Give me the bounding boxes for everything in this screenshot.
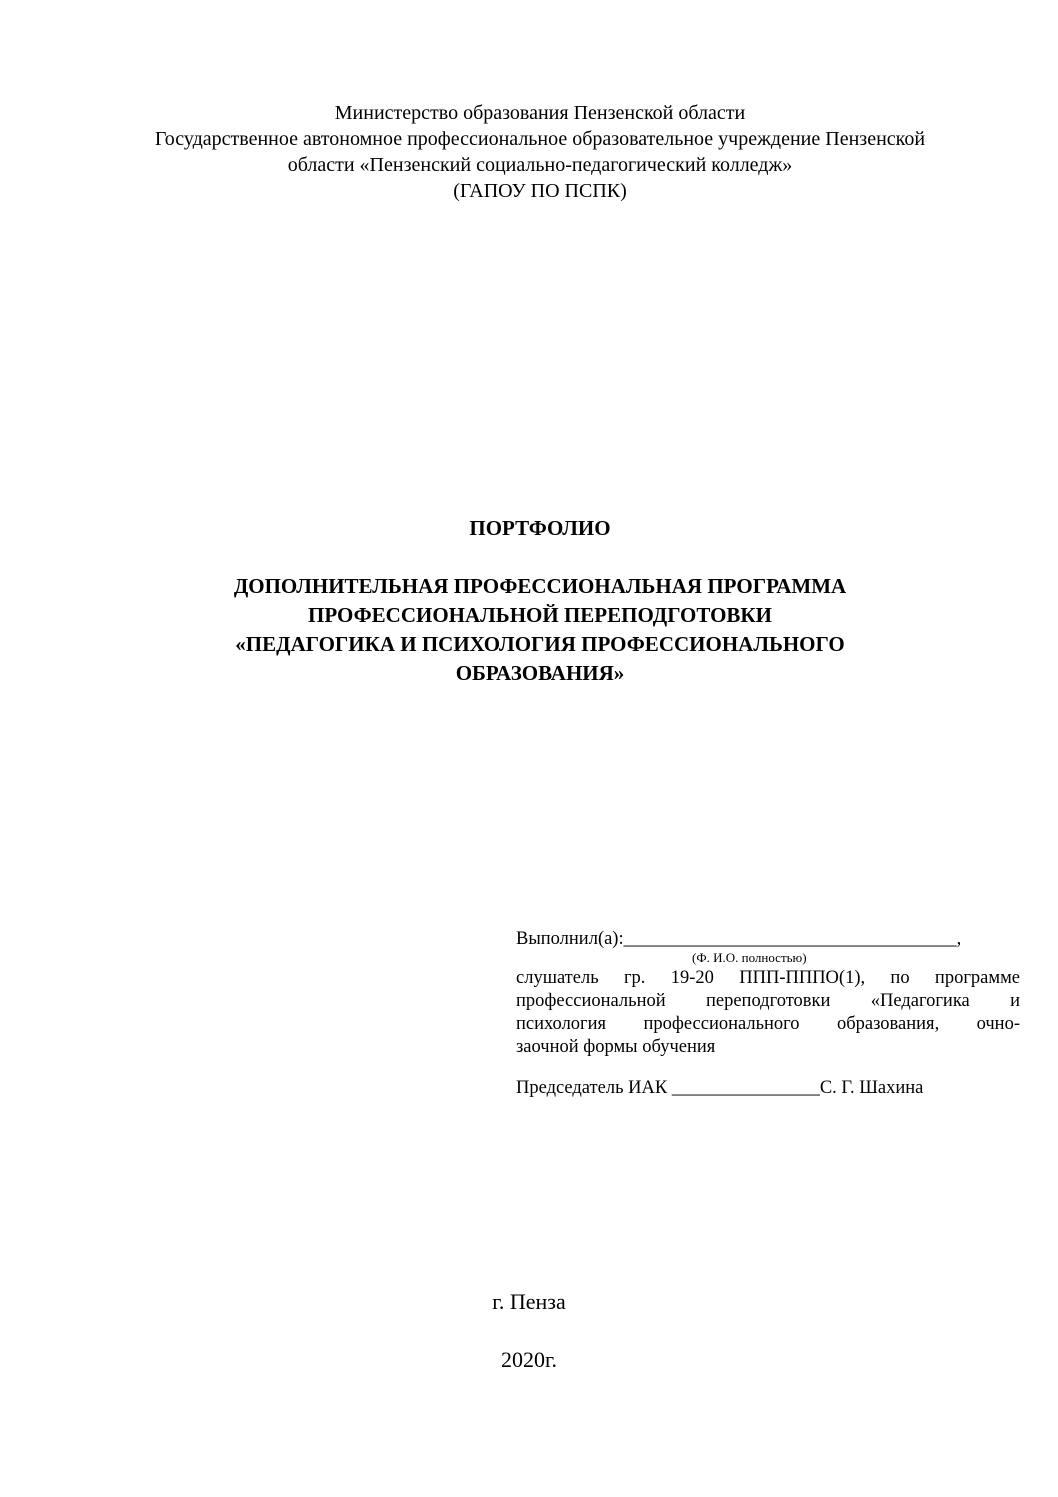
description-line-1: слушатель гр. 19-20 ППП-ПППО(1), по прог… bbox=[516, 967, 1020, 990]
signature-block: Выполнил(а):____________________________… bbox=[516, 928, 1020, 1100]
institution-line-1: Государственное автономное профессиональ… bbox=[100, 126, 980, 152]
description-line-2: профессиональной переподготовки «Педагог… bbox=[516, 990, 1020, 1013]
program-title-line-4: ОБРАЗОВАНИЯ» bbox=[100, 659, 980, 688]
program-title-line-1: ДОПОЛНИТЕЛЬНАЯ ПРОФЕССИОНАЛЬНАЯ ПРОГРАММ… bbox=[100, 572, 980, 601]
document-title: ПОРТФОЛИО bbox=[100, 514, 980, 542]
institution-header: Министерство образования Пензенской обла… bbox=[100, 100, 980, 204]
program-title: ДОПОЛНИТЕЛЬНАЯ ПРОФЕССИОНАЛЬНАЯ ПРОГРАММ… bbox=[100, 572, 980, 688]
document-page: Министерство образования Пензенской обла… bbox=[0, 0, 1058, 1497]
city: г. Пенза bbox=[0, 1287, 1058, 1317]
year: 2020г. bbox=[0, 1345, 1058, 1375]
program-title-line-3: «ПЕДАГОГИКА И ПСИХОЛОГИЯ ПРОФЕССИОНАЛЬНО… bbox=[100, 630, 980, 659]
performed-by-line: Выполнил(а):____________________________… bbox=[516, 928, 1020, 951]
description-line-4: заочной формы обучения bbox=[516, 1036, 1020, 1059]
institution-line-2: области «Пензенский социально-педагогиче… bbox=[100, 152, 980, 178]
commission-chair-line: Председатель ИАК ________________С. Г. Ш… bbox=[516, 1077, 1020, 1100]
institution-abbreviation: (ГАПОУ ПО ПСПК) bbox=[100, 178, 980, 204]
ministry-line: Министерство образования Пензенской обла… bbox=[100, 100, 980, 126]
name-caption: (Ф. И.О. полностью) bbox=[516, 950, 1020, 966]
description-line-3: психология профессионального образования… bbox=[516, 1013, 1020, 1036]
program-title-line-2: ПРОФЕССИОНАЛЬНОЙ ПЕРЕПОДГОТОВКИ bbox=[100, 601, 980, 630]
